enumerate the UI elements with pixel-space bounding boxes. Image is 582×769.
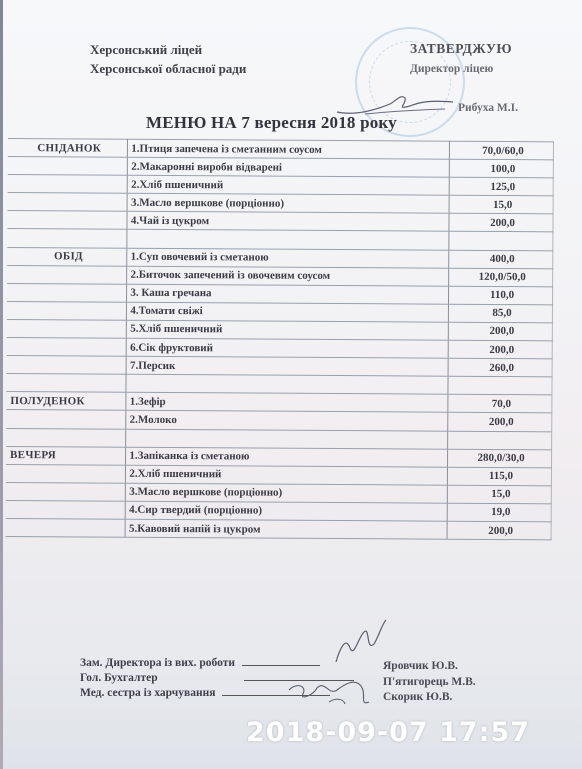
meal-cell — [6, 518, 126, 537]
meal-cell: ВЕЧЕРЯ — [6, 446, 126, 465]
quantity-cell: 200,0 — [448, 413, 552, 432]
menu-table: СНІДАНОК1.Птиця запечена із сметанним со… — [6, 138, 554, 540]
dish-cell: 2.Хліб пшеничний — [126, 465, 448, 485]
quantity-cell: 260,0 — [448, 358, 552, 377]
quantity-cell: 15,0 — [449, 195, 553, 214]
quantity-cell: 115,0 — [447, 467, 551, 486]
meal-cell — [6, 482, 126, 501]
dish-cell: 2.Молоко — [126, 411, 448, 431]
meal-cell — [7, 356, 127, 375]
quantity-cell: 400,0 — [449, 250, 553, 269]
dish-cell: 1.Суп овочевий із сметаною — [127, 248, 449, 268]
signature-line — [242, 656, 320, 666]
dish-cell: 1.Зефір — [126, 393, 448, 413]
dish-cell: 3.Масло вершкове (порціонно) — [127, 194, 449, 214]
meal-cell: ПОЛУДЕНОК — [6, 392, 126, 411]
dish-cell: 5.Хліб пшеничний — [127, 320, 449, 340]
photo-edge — [0, 0, 3, 769]
dish-cell: 4.Томати свіжі — [127, 302, 449, 322]
quantity-cell: 70,0 — [448, 395, 552, 414]
institution-name: Херсонський ліцей — [90, 40, 246, 59]
deputy-signature — [330, 618, 390, 668]
quantity-cell: 200,0 — [448, 340, 552, 359]
dish-cell: 6.Сік фруктовий — [127, 338, 449, 358]
meal-cell — [7, 283, 127, 302]
dish-cell: 4.Сир твердий (порціонно) — [126, 501, 448, 521]
dish-cell: 1.Запіканка із сметаною — [126, 447, 448, 467]
quantity-cell: 200,0 — [448, 322, 552, 341]
meal-cell — [8, 175, 128, 194]
quantity-cell: 85,0 — [448, 304, 552, 323]
accountant-signature — [285, 672, 375, 710]
dish-cell: 2.Хліб пшеничний — [128, 175, 450, 195]
menu-row: 5.Кавовий напій із цукром200,0 — [6, 518, 552, 539]
quantity-cell: 200,0 — [447, 521, 551, 540]
dish-cell: 7.Персик — [126, 356, 448, 376]
quantity-cell: 280,0/30,0 — [448, 449, 552, 468]
approval-title: ЗАТВЕРДЖУЮ — [410, 41, 550, 57]
dish-cell: 5.Кавовий напій із цукром — [125, 519, 447, 539]
approval-role: Директор ліцею — [410, 63, 550, 75]
signoff-name: Скорик Ю.В. — [383, 690, 476, 706]
meal-cell — [6, 464, 126, 483]
meal-cell — [7, 338, 127, 357]
signoff-row: Зам. Директора із вих. роботи — [80, 656, 354, 671]
signoff-role: Мед. сестра із харчування — [80, 687, 215, 699]
meal-cell — [7, 301, 127, 320]
dish-cell: 4.Чай із цукром — [127, 212, 449, 232]
signoff-names: Яровчик Ю.В. П'ятигорець М.В. Скорик Ю.В… — [383, 659, 476, 706]
quantity-cell: 125,0 — [449, 177, 553, 196]
meal-cell — [8, 157, 128, 176]
meal-cell: СНІДАНОК — [8, 138, 128, 157]
quantity-cell: 200,0 — [449, 214, 553, 233]
signoff-role: Зам. Директора із вих. роботи — [80, 657, 235, 669]
quantity-cell: 15,0 — [447, 485, 551, 504]
meal-cell — [7, 211, 127, 230]
dish-cell: 2.Биточок запечений із овочевим соусом — [127, 266, 449, 286]
meal-cell — [7, 265, 127, 284]
signoff-name: П'ятигорець М.В. — [383, 675, 476, 691]
dish-cell: 1.Птиця запечена із сметанним соусом — [128, 139, 450, 159]
meal-cell — [8, 193, 128, 212]
approval-block: ЗАТВЕРДЖУЮ Директор ліцею — [410, 41, 550, 75]
photo-timestamp: 2018-09-07 17:57 — [246, 717, 530, 748]
quantity-cell: 19,0 — [447, 503, 551, 522]
meal-cell — [7, 319, 127, 338]
dish-cell: 3. Каша гречана — [127, 284, 449, 304]
meal-cell: ОБІД — [7, 247, 127, 266]
quantity-cell: 100,0 — [449, 159, 553, 178]
quantity-cell: 120,0/50,0 — [449, 268, 553, 287]
meal-cell — [6, 410, 126, 429]
menu-title: МЕНЮ НА 7 вересня 2018 року — [146, 113, 397, 133]
signoff-name: Яровчик Ю.В. — [383, 659, 476, 675]
approval-name: Рибуха М.І. — [458, 102, 518, 114]
quantity-cell: 110,0 — [449, 286, 553, 305]
institution-header: Херсонський ліцей Херсонської обласної р… — [90, 40, 246, 78]
institution-council: Херсонської обласної ради — [90, 59, 246, 78]
quantity-cell: 70,0/60,0 — [449, 141, 553, 160]
dish-cell: 2.Макаронні вироби відварені — [128, 157, 450, 177]
signoff-role: Гол. Бухгалтер — [80, 672, 158, 684]
meal-cell — [6, 500, 126, 519]
dish-cell: 3.Масло вершкове (порціонно) — [126, 483, 448, 503]
